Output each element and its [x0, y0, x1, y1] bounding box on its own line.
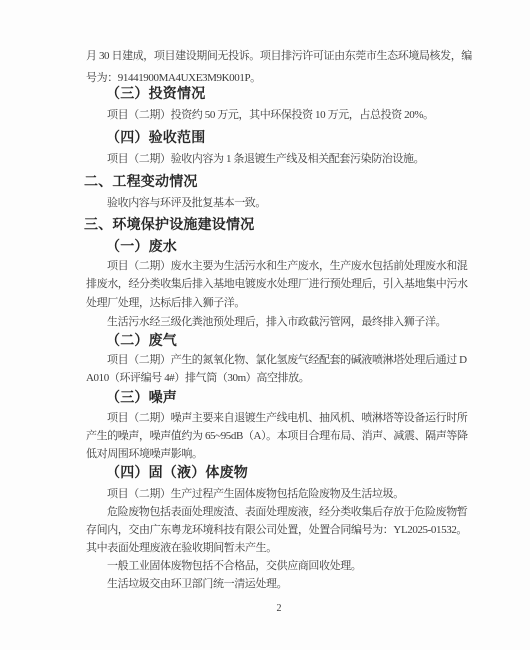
paragraph-line: 项目（二期）噪声主要来自退镀生产线电机、抽风机、喷淋塔等设备运行时所: [107, 412, 467, 425]
paragraph-line: 存间内，交由广东粤龙环境科技有限公司处置，处置合同编号为：YL2025-0153…: [86, 524, 467, 537]
section-heading: 二、工程变动情况: [84, 175, 198, 192]
paragraph-line: 危险废物包括表面处理废渣、表面处理废液，经分类收集后存放于危险废物暂: [107, 506, 467, 519]
paragraph-line: 生活垃圾交由环卫部门统一清运处理。: [107, 578, 287, 591]
paragraph-line: 验收内容与环评及批复基本一致。: [107, 197, 266, 210]
paragraph-line: 项目（二期）投资约 50 万元，其中环保投资 10 万元，占总投资 20%。: [107, 109, 434, 122]
paragraph-line: 项目（二期）废水主要为生活污水和生产废水，生产废水包括前处理废水和混: [107, 260, 467, 273]
subsection-heading: （三）投资情况: [106, 87, 205, 104]
paragraph-line: 产生的噪声，噪声值约为 65~95dB（A）。本项目合理布局、消声、减震、隔声等…: [86, 430, 468, 443]
subsection-heading: （二）废气: [106, 334, 177, 351]
paragraph-line: 处理厂处理，达标后排入狮子洋。: [86, 297, 245, 310]
paragraph-line: 生活污水经三级化粪池预处理后，排入市政截污管网，最终排入狮子洋。: [107, 316, 446, 329]
subsection-heading: （四）验收范围: [106, 131, 205, 148]
subsection-heading: （三）噪声: [106, 391, 177, 408]
section-heading: 三、环境保护设施建设情况: [84, 218, 254, 235]
paragraph-line: 项目（二期）生产过程产生固体废物包括危险废物及生活垃圾。: [107, 488, 404, 501]
paragraph-line: 项目（二期）产生的氮氧化物、氯化氢废气经配套的碱液喷淋塔处理后通过 D: [107, 354, 467, 367]
paragraph-line: 项目（二期）验收内容为 1 条退镀生产线及相关配套污染防治设施。: [107, 153, 424, 166]
paragraph-line: 一般工业固体废物包括不合格品，交供应商回收处理。: [107, 560, 361, 573]
paragraph-line: 号为：91441900MA4UXE3M9K001P。: [86, 72, 261, 85]
paragraph-line: 低对周围环境噪声影响。: [86, 448, 203, 461]
paragraph-line: 其中表面处理废液在验收期间暂未产生。: [86, 542, 277, 555]
document-page: 2 月 30 日建成，项目建设期间无投诉。项目排污许可证由东莞市生态环境局核发，…: [0, 0, 530, 650]
subsection-heading: （四）固（液）体废物: [106, 466, 248, 483]
paragraph-line: A010（环评编号 4#）排气筒（30m）高空排放。: [86, 372, 309, 385]
paragraph-line: 月 30 日建成，项目建设期间无投诉。项目排污许可证由东莞市生态环境局核发，编: [86, 50, 472, 63]
paragraph-line: 排废水，经分类收集后排入基地电镀废水处理厂进行预处理后，引入基地集中污水: [86, 278, 468, 291]
page-number: 2: [86, 603, 472, 614]
subsection-heading: （一）废水: [106, 240, 177, 257]
